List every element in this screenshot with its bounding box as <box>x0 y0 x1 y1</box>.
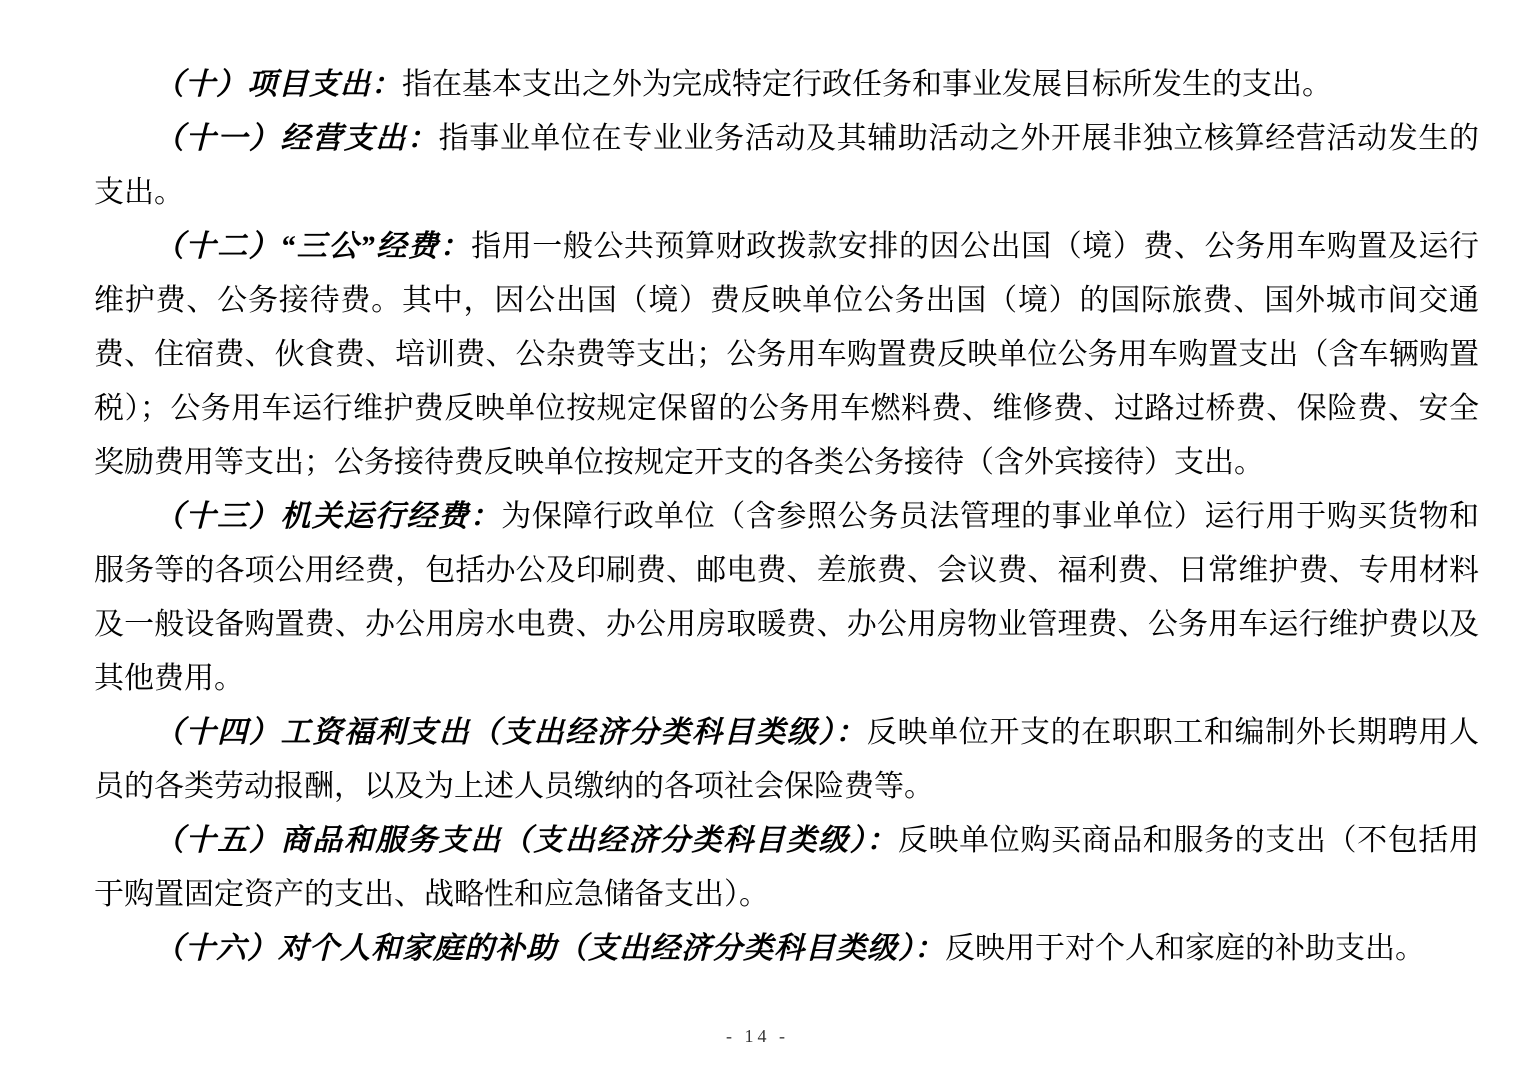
paragraph-item-10: （十）项目支出：指在基本支出之外为完成特定行政任务和事业发展目标所发生的支出。 <box>94 58 1479 112</box>
paragraph-body: 指用一般公共预算财政拨款安排的因公出国（境）费、公务用车购置及运行维护费、公务接… <box>94 230 1479 479</box>
paragraph-body: 反映用于对个人和家庭的补助支出。 <box>945 932 1425 965</box>
paragraph-item-12: （十二）“三公”经费：指用一般公共预算财政拨款安排的因公出国（境）费、公务用车购… <box>94 220 1479 490</box>
paragraph-item-15: （十五）商品和服务支出（支出经济分类科目类级）：反映单位购买商品和服务的支出（不… <box>94 814 1479 922</box>
paragraph-lead: （十）项目支出： <box>154 68 402 101</box>
paragraph-lead: （十四）工资福利支出（支出经济分类科目类级）： <box>154 716 867 749</box>
paragraph-lead: （十三）机关运行经费： <box>154 500 501 533</box>
paragraph-item-16: （十六）对个人和家庭的补助（支出经济分类科目类级）：反映用于对个人和家庭的补助支… <box>94 922 1479 976</box>
paragraph-lead: （十一）经营支出： <box>154 122 439 155</box>
paragraph-lead: （十五）商品和服务支出（支出经济分类科目类级）： <box>154 824 898 857</box>
page-number: - 14 - <box>0 1026 1515 1047</box>
paragraph-item-13: （十三）机关运行经费：为保障行政单位（含参照公务员法管理的事业单位）运行用于购买… <box>94 490 1479 706</box>
paragraph-item-14: （十四）工资福利支出（支出经济分类科目类级）：反映单位开支的在职职工和编制外长期… <box>94 706 1479 814</box>
paragraph-lead: （十二）“三公”经费： <box>154 230 471 263</box>
paragraph-item-11: （十一）经营支出：指事业单位在专业业务活动及其辅助活动之外开展非独立核算经营活动… <box>94 112 1479 220</box>
paragraph-body: 指在基本支出之外为完成特定行政任务和事业发展目标所发生的支出。 <box>402 68 1332 101</box>
document-page: （十）项目支出：指在基本支出之外为完成特定行政任务和事业发展目标所发生的支出。 … <box>0 0 1515 1069</box>
paragraph-lead: （十六）对个人和家庭的补助（支出经济分类科目类级）： <box>154 932 945 965</box>
document-body: （十）项目支出：指在基本支出之外为完成特定行政任务和事业发展目标所发生的支出。 … <box>94 58 1479 976</box>
